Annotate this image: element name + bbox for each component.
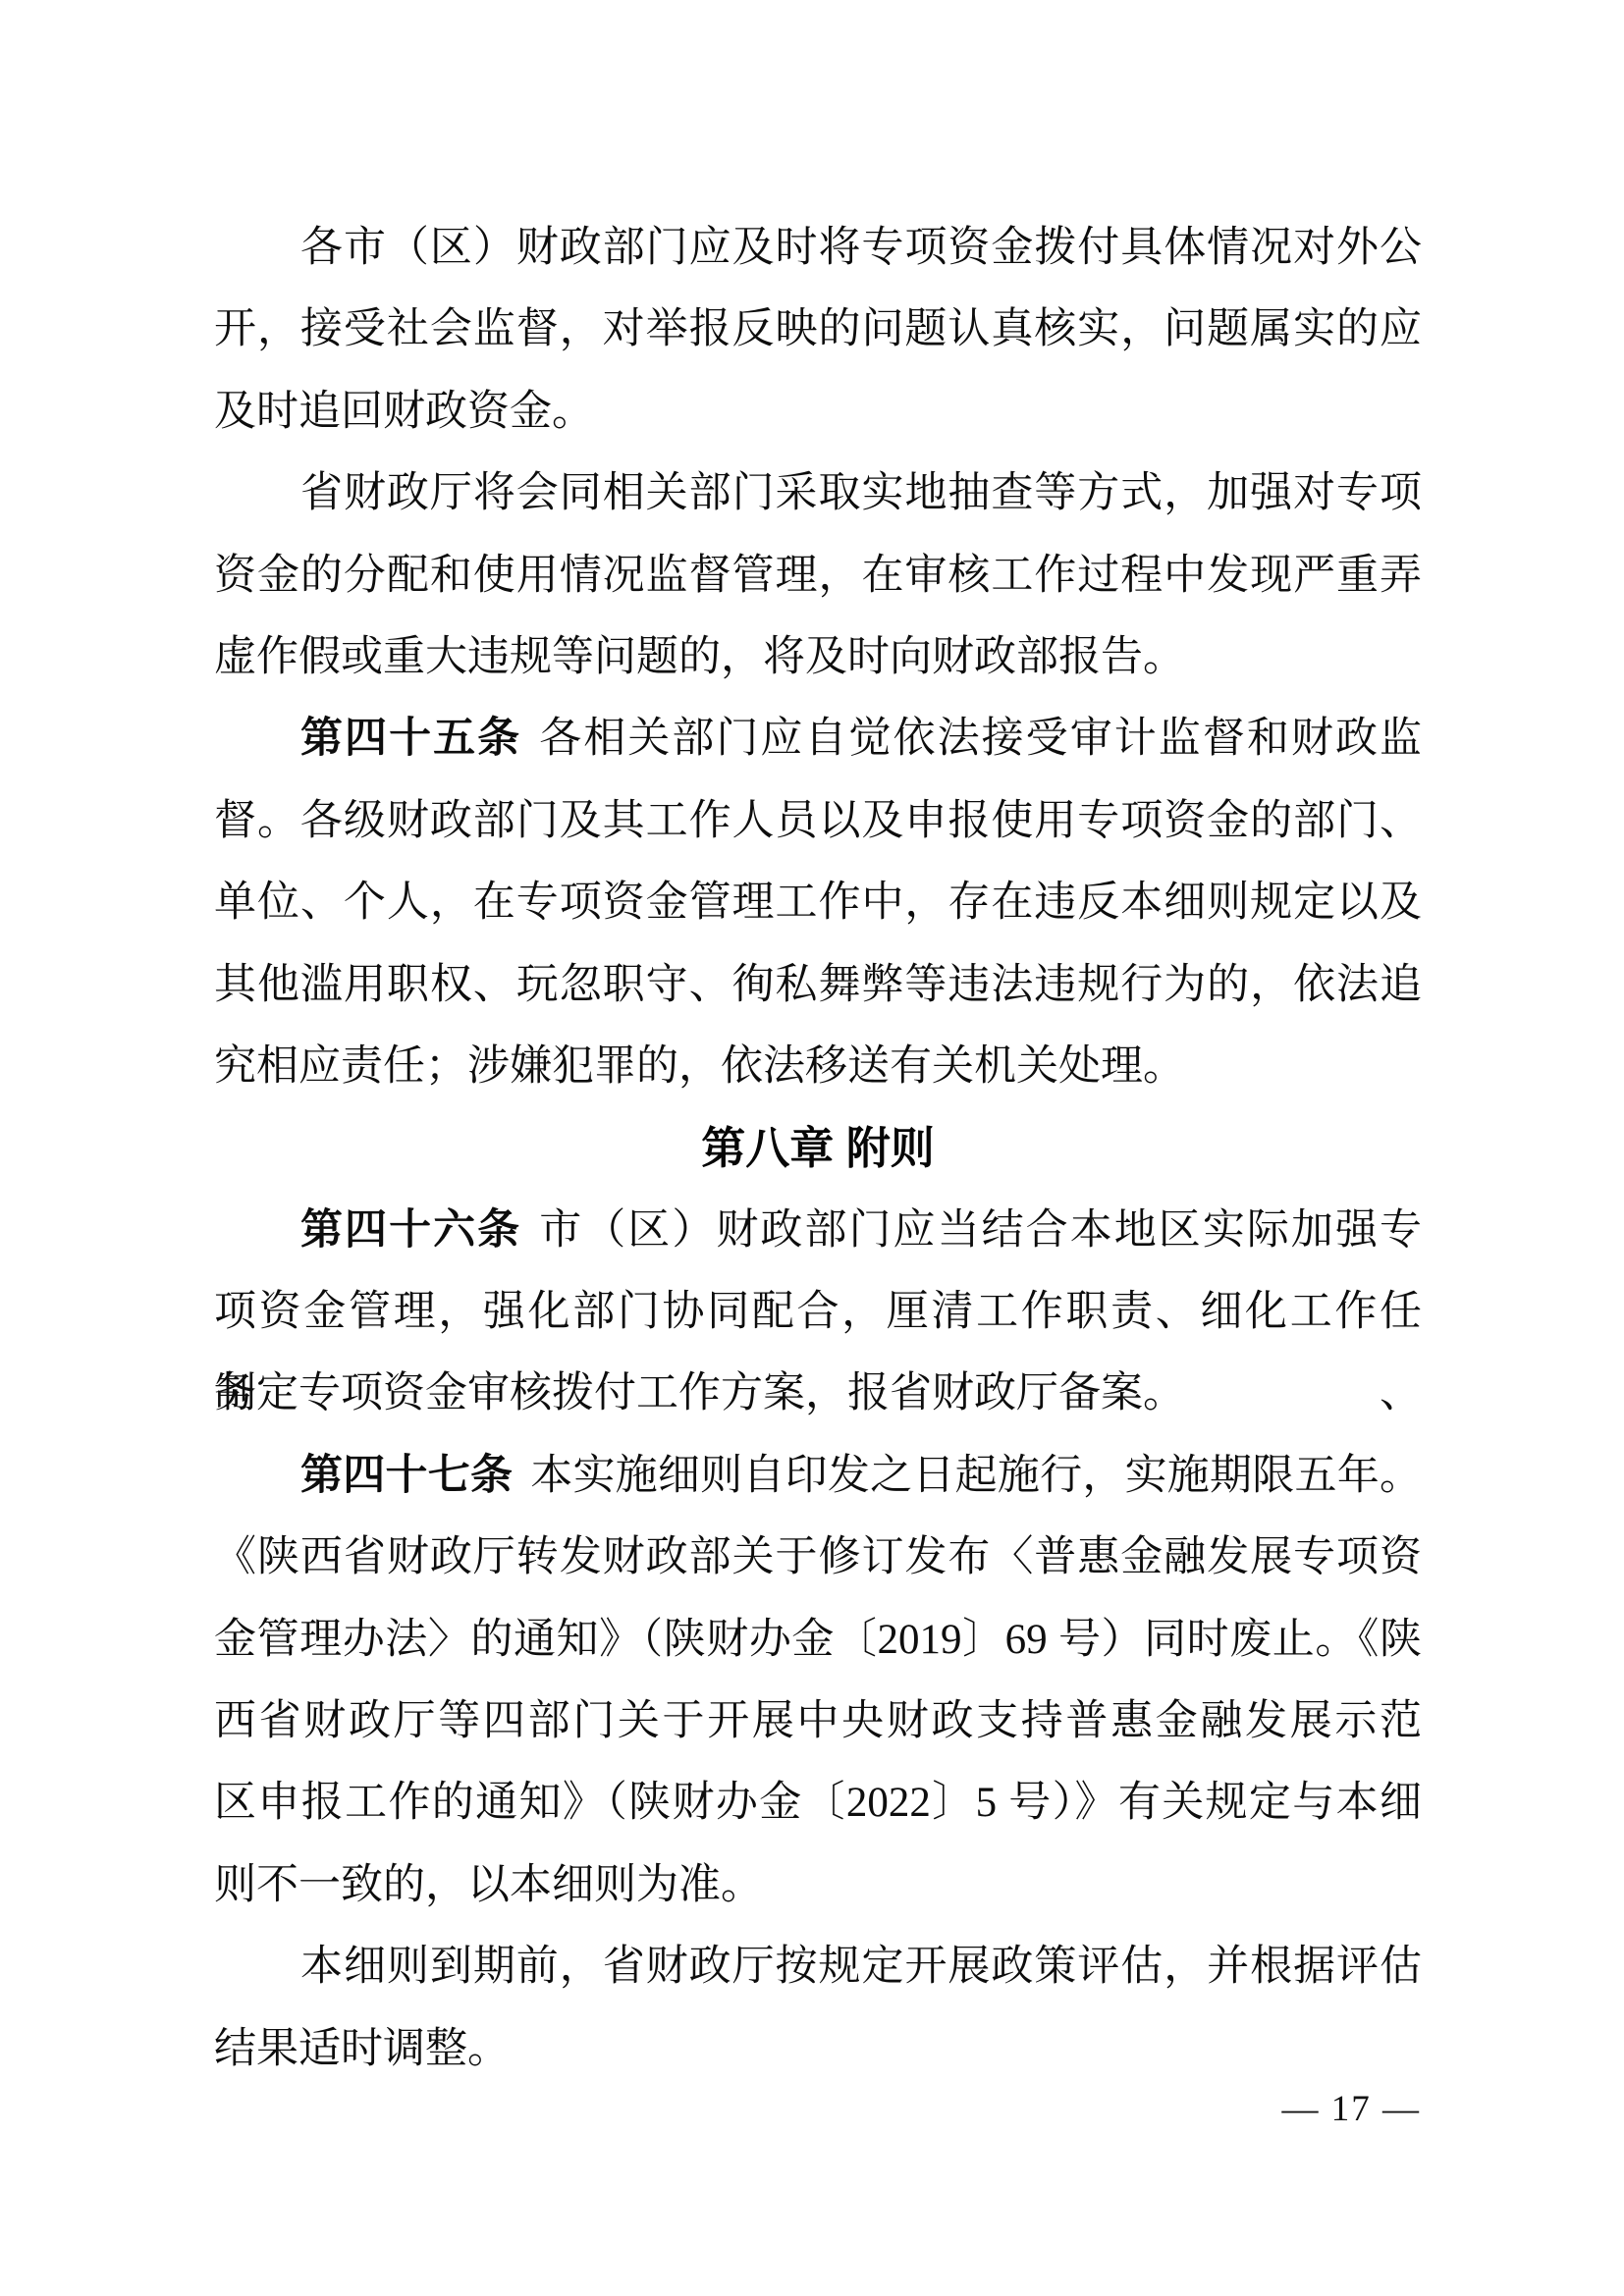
paragraph-line: 西省财政厅等四部门关于开展中央财政支持普惠金融发展示范 [214, 1681, 1422, 1762]
paragraph-line: 本细则到期前，省财政厅按规定开展政策评估，并根据评估 [214, 1926, 1422, 2007]
article-number: 第四十六条 [300, 1206, 521, 1254]
paragraph-line: 项资金管理，强化部门协同配合，厘清工作职责、细化工作任务、 [214, 1271, 1422, 1353]
article-text: 市（区）财政部门应当结合本地区实际加强专 [539, 1207, 1422, 1254]
paragraph-line: 各市（区）财政部门应及时将专项资金拨付具体情况对外公 [214, 207, 1422, 289]
paragraph-line: 单位、个人，在专项资金管理工作中，存在违反本细则规定以及 [214, 862, 1422, 943]
paragraph-line: 究相应责任；涉嫌犯罪的，依法移送有关机关处理。 [214, 1026, 1422, 1107]
paragraph-line-article-45: 第四十五条各相关部门应自觉依法接受审计监督和财政监 [214, 698, 1422, 779]
paragraph-line: 金管理办法〉的通知》（陕财办金〔2019〕69 号）同时废止。《陕 [214, 1599, 1422, 1681]
article-text: 各相关部门应自觉依法接受审计监督和财政监 [539, 716, 1422, 762]
document-page: 各市（区）财政部门应及时将专项资金拨付具体情况对外公 开，接受社会监督，对举报反… [0, 0, 1624, 2296]
paragraph-line: 督。各级财政部门及其工作人员以及申报使用专项资金的部门、 [214, 780, 1422, 862]
article-number: 第四十七条 [300, 1452, 513, 1499]
article-number: 第四十五条 [300, 715, 521, 762]
paragraph-line: 及时追回财政资金。 [214, 371, 1422, 453]
paragraph-line: 结果适时调整。 [214, 2008, 1422, 2090]
paragraph-line: 资金的分配和使用情况监督管理，在审核工作过程中发现严重弄 [214, 535, 1422, 616]
article-text: 本实施细则自印发之日起施行，实施期限五年。 [530, 1453, 1422, 1499]
paragraph-line: 其他滥用职权、玩忽职守、徇私舞弊等违法违规行为的，依法追 [214, 944, 1422, 1026]
paragraph-line: 区申报工作的通知》（陕财办金〔2022〕5 号）》有关规定与本细 [214, 1762, 1422, 1843]
paragraph-line: 开，接受社会监督，对举报反映的问题认真核实，问题属实的应 [214, 289, 1422, 370]
paragraph-line-article-47: 第四十七条本实施细则自印发之日起施行，实施期限五年。 [214, 1435, 1422, 1517]
page-number: — 17 — [1282, 2087, 1422, 2132]
text-block: 各市（区）财政部门应及时将专项资金拨付具体情况对外公 开，接受社会监督，对举报反… [214, 207, 1422, 2090]
paragraph-line: 则不一致的，以本细则为准。 [214, 1844, 1422, 1926]
paragraph-line-article-46: 第四十六条市（区）财政部门应当结合本地区实际加强专 [214, 1190, 1422, 1271]
paragraph-line: 《陕西省财政厅转发财政部关于修订发布〈普惠金融发展专项资 [214, 1517, 1422, 1598]
chapter-heading: 第八章 附则 [214, 1107, 1422, 1189]
paragraph-line: 省财政厅将会同相关部门采取实地抽查等方式，加强对专项 [214, 453, 1422, 534]
paragraph-line: 虚作假或重大违规等问题的，将及时向财政部报告。 [214, 616, 1422, 698]
